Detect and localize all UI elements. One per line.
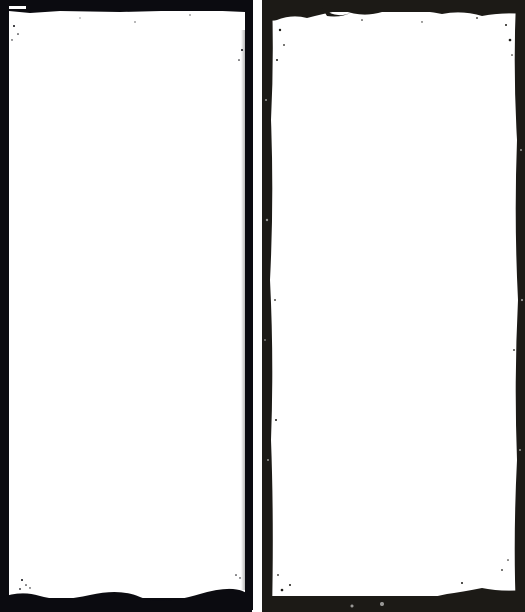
right-frame-right-edge (518, 0, 525, 612)
left-frame-left-edge (0, 0, 9, 612)
left-frame (0, 0, 258, 612)
left-frame-top-edge (6, 0, 252, 11)
left-frame-speckles (0, 0, 258, 612)
left-frame-right-edge (245, 0, 253, 610)
left-frame-top-notch (6, 6, 26, 12)
right-frame-left-edge (264, 0, 270, 612)
right-frame-brush-texture (262, 0, 525, 612)
frame-gap (253, 0, 262, 612)
right-frame (262, 0, 525, 612)
right-frame-top-edge (262, 0, 525, 12)
left-frame-bottom-edge (0, 598, 252, 612)
right-frame-bottom-edge (262, 596, 525, 612)
